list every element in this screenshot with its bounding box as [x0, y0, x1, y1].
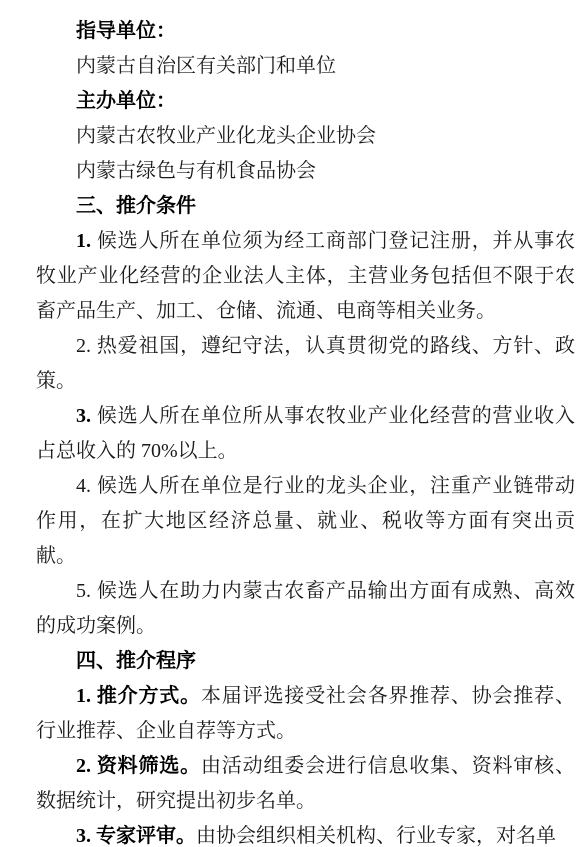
organizer-value-1: 内蒙古农牧业产业化龙头企业协会 [36, 119, 575, 154]
document-page: 指导单位：内蒙古自治区有关部门和单位主办单位：内蒙古农牧业产业化龙头企业协会内蒙… [0, 0, 584, 847]
text-run: 候选人所在单位须为经工商部门登记注册，并从事农牧业产业化经营的企业法人主体，主营… [36, 230, 575, 322]
text-run: 2. 资料筛选。 [76, 755, 201, 777]
text-run: 四、推介程序 [76, 650, 196, 672]
document-body: 指导单位：内蒙古自治区有关部门和单位主办单位：内蒙古农牧业产业化龙头企业协会内蒙… [0, 0, 584, 847]
condition-4: 4. 候选人所在单位是行业的龙头企业，注重产业链带动作用，在扩大地区经济总量、就… [36, 469, 575, 574]
text-run: 由协会组织相关机构、行业专家，对名单 [196, 825, 556, 847]
text-run: 内蒙古自治区有关部门和单位 [76, 55, 336, 77]
section-3-heading: 三、推介条件 [36, 189, 575, 224]
text-run: 主办单位： [76, 90, 176, 112]
guiding-unit-label: 指导单位： [36, 14, 575, 49]
text-run: 内蒙古绿色与有机食品协会 [76, 160, 316, 182]
condition-3: 3. 候选人所在单位所从事农牧业产业化经营的营业收入占总收入的 70%以上。 [36, 399, 575, 469]
procedure-3: 3. 专家评审。由协会组织相关机构、行业专家，对名单 [36, 819, 575, 847]
procedure-1: 1. 推介方式。本届评选接受社会各界推荐、协会推荐、行业推荐、企业自荐等方式。 [36, 679, 575, 749]
text-run: 内蒙古农牧业产业化龙头企业协会 [76, 125, 376, 147]
organizer-value-2: 内蒙古绿色与有机食品协会 [36, 154, 575, 189]
text-run: 1. 推介方式。 [76, 685, 201, 707]
condition-5: 5. 候选人在助力内蒙古农畜产品输出方面有成熟、高效的成功案例。 [36, 574, 575, 644]
organizer-label: 主办单位： [36, 84, 575, 119]
text-run: 三、推介条件 [76, 195, 196, 217]
text-run: 候选人所在单位所从事农牧业产业化经营的营业收入占总收入的 70%以上。 [36, 405, 575, 462]
condition-1: 1. 候选人所在单位须为经工商部门登记注册，并从事农牧业产业化经营的企业法人主体… [36, 224, 575, 329]
text-run: 1. [76, 230, 91, 252]
text-run: 3. 专家评审。 [76, 825, 196, 847]
text-run: 5. 候选人在助力内蒙古农畜产品输出方面有成熟、高效的成功案例。 [36, 580, 575, 637]
condition-2: 2. 热爱祖国，遵纪守法，认真贯彻党的路线、方针、政策。 [36, 329, 575, 399]
text-run: 3. [76, 405, 91, 427]
procedure-2: 2. 资料筛选。由活动组委会进行信息收集、资料审核、数据统计，研究提出初步名单。 [36, 749, 575, 819]
section-4-heading: 四、推介程序 [36, 644, 575, 679]
guiding-unit-value: 内蒙古自治区有关部门和单位 [36, 49, 575, 84]
text-run: 2. 热爱祖国，遵纪守法，认真贯彻党的路线、方针、政策。 [36, 335, 575, 392]
text-run: 指导单位： [76, 20, 176, 42]
text-run: 4. 候选人所在单位是行业的龙头企业，注重产业链带动作用，在扩大地区经济总量、就… [36, 475, 575, 567]
